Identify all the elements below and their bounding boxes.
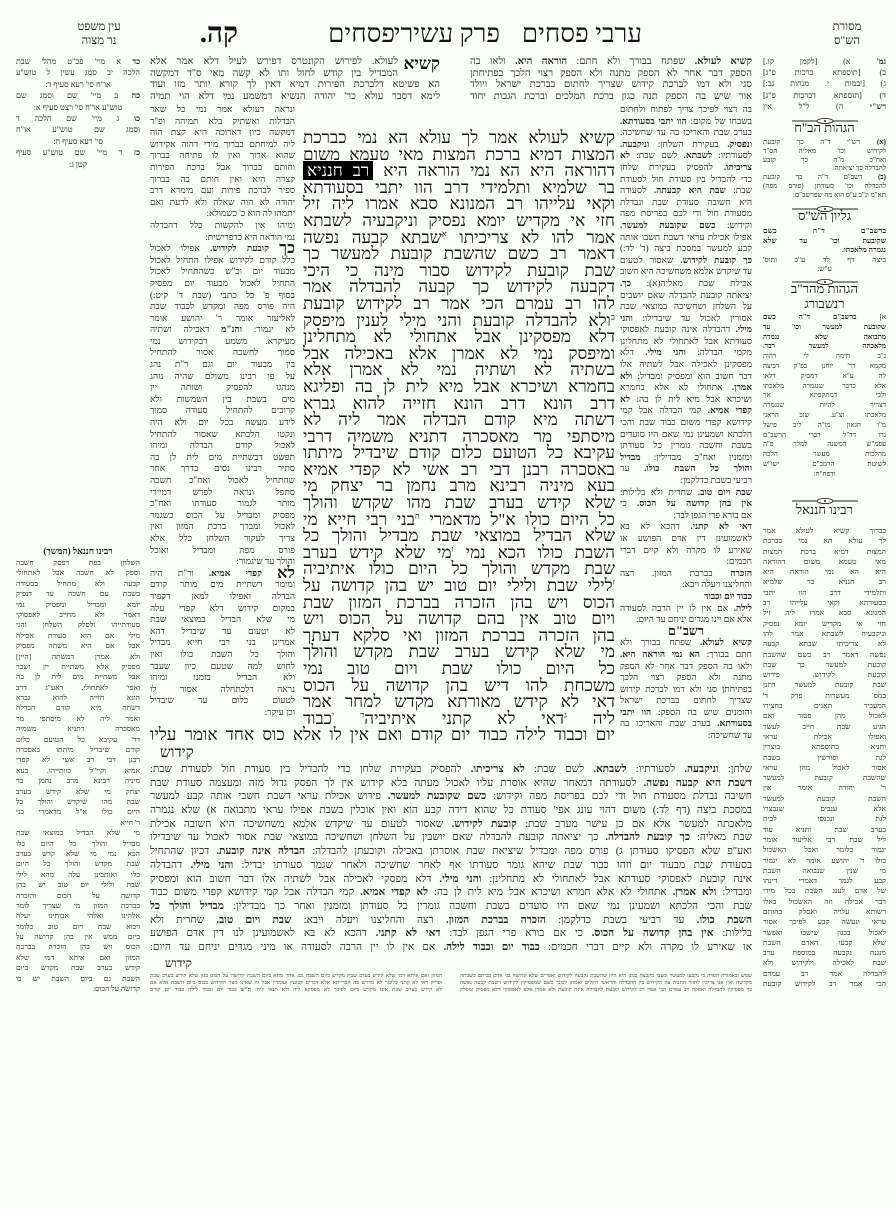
- text-span: קמי הבדלה אבל קמי: [620, 405, 708, 415]
- text-line: מפסיק ומבדיל על הכוס כשגמר: [150, 510, 295, 522]
- text-line: קשיא לעולא. שפתח בבורך ולא: [620, 637, 752, 649]
- text-line: המזון ואם איתא דמי שלא קידש בערב שבת מקד…: [150, 973, 442, 980]
- text-line: ומיהו אין להקשות כלל דהבדלה: [150, 220, 295, 232]
- text-line: שלחן: וניקבעה. לסעודתיו: לשבתא. לשם שבת:…: [150, 763, 752, 777]
- text-line: ולבי דמתקפתא אך: [763, 391, 886, 401]
- text-span: ומזמנין ואח"כ מבדילין:: [641, 452, 752, 462]
- text-line: נגמרה מלאכתו.: [763, 245, 886, 255]
- text-span: אתחולי לא אלא חמרא ושיכרא אבל מיא לית לן…: [428, 887, 673, 898]
- text-span: ומבדיל:: [716, 887, 752, 898]
- text-line: לידע מעשה בכל יום ולא היה: [150, 417, 295, 429]
- dibbur-hamatchil: מילי.: [735, 324, 752, 334]
- text-line: רביעי בשבת כדלקמן:: [620, 475, 752, 487]
- text-line: דבר אכילה וזה האשכול באלו: [763, 897, 886, 907]
- text-line: מקמי הבדלה: והני מילי. דלא: [620, 347, 752, 359]
- text-line: קידושא קפדי משום כבוד שבת והכי: [620, 417, 752, 429]
- text-span: ב מיי' שם וסמג שם: [16, 91, 131, 100]
- hagahot-ranshburg-title-line-2: רנשבורג: [763, 296, 886, 311]
- dibbur-hamatchil: כד: [132, 57, 140, 66]
- text-span: שפתח בבורך ולא חתם:: [567, 56, 694, 67]
- text-line: השבת כולו. עד רביעי בשבת כדלקמן: הזכרה ב…: [150, 914, 752, 928]
- text-span: ור"ת היה: [150, 568, 209, 578]
- text-span: כי אם בורא פרי הגפן לבד:: [440, 928, 591, 939]
- rabbenu-chananel-continued-column: השלחן בפת דפסק חשבהוספק לא חשבה אבל לאתח…: [16, 558, 140, 994]
- text-line: והזמנים שיש בה הספק: הוו יתבי: [620, 707, 752, 719]
- text-line: השלחן בפת דפסק חשבה: [16, 558, 140, 568]
- text-line: שבת מהו שיקדש והולך כל: [16, 797, 140, 807]
- dibbur-hamatchil: לא: [620, 394, 630, 404]
- rashbam-catchword: קידוש: [165, 956, 192, 970]
- text-span: בסעודת שבת מבעוד יום וזהו כבוד שבת שיהא …: [233, 860, 752, 871]
- text-line: ר' חייא: [16, 818, 140, 828]
- masoret-label-line-1: מסורת: [819, 20, 875, 34]
- text-span: ה) ל"ל אין: [763, 102, 843, 111]
- text-line: שהוא ארוך ואין לו פתיחה בברוך: [150, 150, 295, 162]
- section-heading: רשב"ם: [620, 626, 752, 638]
- text-span: שאסור לטעום: [620, 255, 680, 265]
- text-line: יתמהו לה הוא כ' כשמולא:: [150, 208, 295, 220]
- text-span: להפסיק בעקירת שלחן: [620, 162, 724, 172]
- text-span: דאכילה ושתיה: [150, 324, 221, 334]
- dibbur-hamatchil: השבת כולו.: [697, 915, 752, 926]
- dibbur-hamatchil: מבדיל: [620, 452, 641, 462]
- dibbur-hamatchil: לא צריכיתו.: [471, 764, 525, 775]
- text-line: אבל אם היא משתה מפסיק: [16, 641, 140, 651]
- text-line: והחליצנו ויעלה ויבא:: [620, 579, 752, 591]
- text-line: או"ח סי' רעא סעיף ד:: [16, 79, 140, 90]
- text-line: מלאכתה למעשר אלא אם כן עישר מערב שבת: קו…: [150, 818, 752, 832]
- text-line: וספק לא חשבה אבל לאתחולי: [16, 568, 140, 578]
- text-line: שבת והכי הלכתא ושמעינן נמי שאם היו סועדי…: [150, 900, 752, 914]
- text-line: סמוך לחשכה אסור להתחיל: [150, 347, 295, 359]
- text-line: סעודתייהו ולסלק השלחן והני: [16, 620, 140, 630]
- text-line: נראה דלכתחלה אסור לו: [150, 684, 295, 696]
- dibbur-hamatchil: צריכיתו.: [724, 162, 752, 172]
- text-line: הגיע שבת חייב לעשר: [763, 722, 886, 732]
- text-line: צריכיתו. להפסיק בעקירת שלחן: [620, 162, 752, 174]
- text-line: שבת: שבת היא קבעתה. לסעודה: [620, 185, 752, 197]
- text-line: בשבת עם חשכה עד דנפיק: [16, 589, 140, 599]
- hagahot-bach-text: (א) רש"י ד"ה כך קובעתלקידוש וכו' מאליה ה…: [763, 138, 886, 200]
- text-span: בערב שבת והאריכו בה: [620, 718, 717, 728]
- ein-mishpat-label-line-2: נר מצוה: [63, 34, 135, 48]
- gemara-last-line: יום וכבוד לילה כבוד יום קודם ואם אין לו …: [150, 727, 615, 744]
- text-line: הספק דבר אחר לא הספק מתנה ולא הספק רצוי …: [470, 68, 752, 80]
- text-line: שבת מאליה: כך קובעת להבדלה. כך יציאתה קו…: [150, 831, 752, 845]
- ornament-divider-icon: [790, 492, 860, 500]
- text-line: אמרן. אתחולי לא אלא בחמרא: [620, 382, 752, 394]
- text-line: סגי ולא דמו לברכת קידוש שצריך לחתום בברכ…: [470, 79, 752, 91]
- text-line: היום כולו א"ל מדאמרי בני: [16, 807, 140, 817]
- text-line: יומא ומבדיל ומפסיק נמי: [16, 600, 140, 610]
- text-line: בפתיחתן סגי ולא דמו לברכת קידוש: [620, 684, 752, 696]
- ein-mishpat-label-line-1: עין משפט: [63, 20, 135, 34]
- text-line: לאליעזר אומר ר' יהושע אומר: [150, 313, 295, 325]
- dibbur-hamatchil: בסעודתא.: [717, 718, 752, 728]
- text-line: כולו ר' יהושע אומר לא יגמור: [763, 856, 886, 866]
- text-line: שהשבת קובעת למעשר: [763, 773, 886, 783]
- text-line: אפילו אכילת עראי דשבת חשבו אותה: [620, 232, 752, 244]
- text-span: חשיבה נבדלת מסעודת חול ודי לכם בפריסת מפ…: [486, 791, 752, 802]
- text-line: לימא דסבר עולא כר' יהודה הנשיא דמשמע נמי…: [150, 91, 440, 103]
- text-line: ר' יהודה אומר אין: [763, 783, 886, 793]
- text-line: צריך לעקור השלחן כלל אלא: [150, 533, 295, 545]
- text-line: חתם בבורך: הא נמי הוראה היא.: [620, 649, 752, 661]
- text-span: לא קידש בערב שבת אינו מקדש ביום לפיכך לא…: [251, 987, 442, 993]
- dibbur-hamatchil: אמרן.: [732, 382, 752, 392]
- text-line: הבדלות ואשתיק בלא תמיהה ופ"ד: [150, 116, 295, 128]
- text-line: וניקבעיה לשבתא אמר להו: [763, 629, 886, 639]
- text-line: הונא חזייה להוא גברא: [16, 693, 140, 703]
- ein-mishpat-label: עין משפט נר מצוה: [63, 20, 135, 48]
- text-line: דשתה מיא קודם הבדלה: [16, 703, 140, 713]
- hagahot-bach-title: הגהות הב"ח: [763, 120, 886, 135]
- rabbenu-chananel-continued-title: רבינו חננאל (המשך): [16, 544, 140, 559]
- text-line: נמי הוראה היא כדפרישית:: [150, 232, 295, 244]
- text-line: עד שחשיכה:: [620, 730, 752, 742]
- text-line: שבת קובעת למעשר דתנן: [763, 680, 886, 690]
- text-line: (א) רש"י ד"ה כך קובעת: [763, 138, 886, 147]
- text-line: ד) [תוספתא דברכות פ"ג]: [763, 90, 886, 101]
- text-span: כבוד יום וכבוד לילה כבוד יום קודם: [150, 987, 241, 993]
- text-line: ומזמנין ואח"כ מבדילין: מבדיל: [620, 452, 752, 464]
- text-line: בסוף פ' כל כתבי (שבת ד' קיט:): [150, 290, 295, 302]
- dibbur-hamatchil: הזכרה בברכת המזון.: [446, 915, 546, 926]
- text-span: ושיכרא אבל מיא לית לן בה:: [630, 394, 752, 404]
- text-line: קובעת למעשר כך שבת: [763, 660, 886, 670]
- text-line: אסור לאכול מהן עראי: [763, 763, 886, 773]
- text-line: ליה למיחתם בברוך מידי דהוה אקידוש: [150, 139, 295, 151]
- text-line: אמרינן בני רבי חייא מבדיל: [150, 637, 295, 649]
- text-line: אלא ענבים שנבצרו: [763, 804, 886, 814]
- text-line: פורס מפה ומבדיל ואוכל: [150, 545, 295, 557]
- text-line: להבדלה וכו' סעודתן (פורס מפה): [763, 182, 886, 191]
- text-line: קצרה היא ואין חותם בה בברוך: [150, 174, 295, 186]
- text-line: גמ' א) [לקמן קו.]: [763, 56, 886, 67]
- text-span: או שאירע לו מקרה ולא קיים דברי חכמים:: [540, 942, 752, 953]
- gilyon-hashas-text: ברשב"ם ד"ה כשםשקובעת וכו' עד שלאנגמרה מל…: [763, 226, 886, 274]
- text-line: המבדיל בין קודש לחול ותו לא קשה מאי ס"ד …: [150, 68, 440, 80]
- text-span: שפתח בבורך ולא: [620, 637, 700, 647]
- text-span: דבר חשוב הוא ומפסיק ומבדיל:: [632, 371, 752, 381]
- hagahot-ranshburg-title-line-1: הגהות מהר"ב: [763, 281, 886, 296]
- text-line: ולא הבדיל בזמנו ומיהו: [150, 672, 295, 684]
- text-line: המזון ואם איתא דמי שלא: [16, 953, 140, 963]
- dibbur-hamatchil: כך קובעת להבדלה.: [605, 832, 690, 843]
- text-line: במקום קידוש דלא קפדי עלה: [150, 603, 295, 615]
- tractate-title: פסחים: [328, 18, 395, 50]
- text-line: שהתחיל לאכול ואח"כ חשכה: [150, 475, 295, 487]
- text-span: שחרית ולא בלילות:: [620, 487, 698, 497]
- text-line: עראי ונעשה קבע לפיכך אסור: [763, 917, 886, 927]
- text-line: ותלמידי דרב הוו יתבי: [763, 588, 886, 598]
- text-line: מקמא דר' יוחנן בפ"ק דביצה: [763, 362, 886, 372]
- text-span: מקמי הבדלה:: [686, 347, 752, 357]
- text-line: (ב) רשב"ם ד"ה כך קובעת: [763, 173, 886, 182]
- text-line: השבת קובעת למעשר: [763, 794, 886, 804]
- text-line: לה ע"א דמסיק דלאו: [763, 372, 886, 382]
- text-line: מי שלא הבדיל במוצאי שבת: [16, 828, 140, 838]
- text-line: ולאו בה הספק דבר אחר לא הספק: [620, 661, 752, 673]
- text-line: בערב שבת והאריכו בה עד שחשיכה:: [620, 127, 752, 139]
- text-line: התחיל לאכול מבעוד יום מפסיק: [150, 278, 295, 290]
- text-span: שבת והכי הלכתא ושמעינן נמי שאם היו סועדי…: [224, 901, 752, 912]
- text-line: הכי אמר רב לקידוש קובעת: [763, 979, 886, 989]
- text-span: בשבחו של מקום:: [687, 116, 752, 126]
- text-line: המנונא סבא אמרו ליה זיל: [763, 608, 886, 618]
- dibbur-hamatchil: קפדי אמיא.: [209, 568, 277, 578]
- text-line: שקובעת למעשר וכו' עד: [763, 323, 886, 333]
- text-span: להפסיק בעקירת שלחן כדי להבדיל בין סעודת …: [150, 764, 471, 775]
- text-line: בה רצוי לפיכך צריך לפתוח ולחתום: [620, 104, 752, 116]
- gemara-line: בחמרא ושיכרא אבל מיא לית לן בה ופליגא: [303, 379, 615, 396]
- text-line: קבעה ולא מתחיל בסעודה: [16, 579, 140, 589]
- text-line: של אדם לענג השבת בכל מידי: [763, 886, 886, 896]
- dibbur-hamatchil: לשבתא.: [593, 764, 626, 775]
- text-line: אין בהן קדושה על הכוס. כי: [620, 498, 752, 510]
- dibbur-hamatchil: כך.: [620, 278, 631, 288]
- text-line: ליל שבת רבי אליעזר אומר: [763, 835, 886, 845]
- text-line: ומבדיל: ולא אמרן. אתחולי לא אלא חמרא ושי…: [150, 886, 752, 900]
- text-span: לשם שבת:: [525, 764, 594, 775]
- dibbur-hamatchil: מבדיל והולך כל: [150, 901, 224, 912]
- text-line: ומימר דשתיית מים מותר קודם: [150, 579, 295, 591]
- text-span: אכילת שבת מאליה(א):: [631, 278, 752, 288]
- rabbenu-chananel-title: רבינו חננאל: [763, 502, 886, 517]
- dibbur-hamatchil: שבת ויום טוב.: [217, 915, 292, 926]
- text-line: והולך כל השבת כולו ואין: [150, 649, 295, 661]
- text-span: כי: [620, 498, 637, 508]
- text-line: דאמר ולא מחייב לאפסוקי: [16, 610, 140, 620]
- text-span: רצה והחליצנו ויעלה ויבא:: [291, 915, 446, 926]
- text-line: סתיר רבינו נסים בדרך אחר: [150, 463, 295, 475]
- text-span: ואע"פ שלא הפסיקו סעודתן ג) פורס מפה ומבד…: [305, 846, 752, 857]
- text-line: שבת ולילי יום טוב יש בהן: [16, 880, 140, 890]
- text-line: לגת ונכנסו לבית: [763, 814, 886, 824]
- dibbur-hamatchil: רש"י: [843, 102, 886, 111]
- text-line: לעולא. לפירוש הקונטרס דפירש לעיל דלא אמר…: [150, 56, 440, 68]
- text-line: בסעודתא. בערב שבת והאריכו בה: [620, 718, 752, 730]
- gemara-text: קשיא לעולא אמר לך עולא הא נמי כברכתהמצות…: [303, 130, 615, 727]
- text-line: לך עולא הא נמי כברכת: [763, 536, 886, 546]
- text-line: לשיטת הרמב"ם ישו"ש: [763, 460, 886, 470]
- text-line: מאסכרה דתניא משמיה: [16, 724, 140, 734]
- text-line: כלו ואותבינן עלה מהא לילי: [16, 870, 140, 880]
- rashbam-bottom-block: שלחן: וניקבעה. לסעודתיו: לשבתא. לשם שבת:…: [150, 763, 752, 955]
- text-line: ביום ממש אין בהן קדושה על: [16, 932, 140, 942]
- text-line: אלהינו ואלהי אבותינו יעלה: [16, 911, 140, 921]
- text-line: דאי לא קתני. דהכא לא בא: [620, 521, 752, 533]
- text-line: על פי רבינו משולם שהיה נוהג: [150, 371, 295, 383]
- rashbam-top-block: קשיא לעולא. שפתח בבורך ולא חתם: הוראה הי…: [470, 56, 752, 103]
- text-line: בשבחו של מקום: הוו יתבי בסעודתא.: [620, 116, 752, 128]
- text-line: ואפילו אכילת עראי: [763, 732, 886, 742]
- dibbur-hamatchil: לא קפדי אמיא.: [360, 887, 428, 898]
- text-line: מפסקינן לאכילה אבל לשתיה אלו: [620, 359, 752, 371]
- text-span: פירוש אכילת עראי דשבת חשבי אותה קבע למעש…: [150, 791, 388, 802]
- text-line: מנהגו להפסיק ושותה יין: [150, 382, 295, 394]
- dibbur-hamatchil: הוו יתבי: [620, 707, 651, 717]
- text-line: וסמג שם טוש"ע או"ח: [16, 124, 140, 135]
- text-line: שלא קבעו האדם השבת: [763, 938, 886, 948]
- text-span: עד: [620, 463, 644, 473]
- text-line: ונפסיק. בעקירת השלחן: וניקבעה.: [620, 139, 752, 151]
- gemara-last-line-block: יום וכבוד לילה כבוד יום קודם ואם אין לו …: [150, 727, 615, 744]
- hagahot-ranshburg-title: הגהות מהר"ב רנשבורג: [763, 281, 886, 311]
- text-line: נפשה דאמר רב כשם שהשבת: [763, 650, 886, 660]
- text-line: בלילות: אין בהן קדושה על הכוס. כי אם בור…: [150, 927, 752, 941]
- dibbur-hamatchil: והני מילי.: [439, 874, 481, 885]
- footnotes-left: המזון ואם איתא דמי שלא קידש בערב שבת מקד…: [150, 973, 442, 994]
- dibbur-hamatchil: והולך כל השבת כולו.: [644, 463, 752, 473]
- text-line: קבע למעשר במסכת ביצה (ד' לד:): [620, 243, 752, 255]
- text-line: ברשב"ם ד"ה כשם: [763, 226, 886, 236]
- text-line: דמקשה כיון דארוכה היא קצת הוה: [150, 127, 295, 139]
- dibbur-hamatchil: קובעת לקידוש.: [210, 243, 279, 253]
- text-span: והזמנים שיש בה הספק:: [651, 707, 752, 717]
- text-line: כלל קודם לקידוש אפילו התחיל לאכול: [150, 255, 295, 267]
- text-line: אסורין לאכול עד שיבדילו: והני: [620, 313, 752, 325]
- text-line: במס' מעשרות פרק ד': [763, 691, 886, 701]
- footnote-marker: ב: [611, 311, 615, 321]
- text-line: היא הא נמי הוראה היא: [763, 567, 886, 577]
- text-line: הזכרה בברכת המזון. רצה: [620, 568, 752, 580]
- text-line: ופריק דאי לא קתני כלומר לא מדרש בה הבריי…: [150, 980, 442, 987]
- text-line: טוש"ע או"ח סי' רצט סעיף א:: [16, 102, 140, 113]
- rashbam-column: בה רצוי לפיכך צריך לפתוח ולחתוםבשבחו של …: [620, 104, 752, 742]
- text-line: מ"ו הגאון מו"ה ליב פישל: [763, 421, 886, 431]
- text-span: דלא מפסקי לאכילה אבל לשתיה אלו דבר חשוב …: [150, 874, 439, 885]
- text-line: קבע לגמר דאמרי דינהו: [763, 876, 886, 886]
- text-line: מילי. דהבדלה אינה קובעת לאפסוקי: [620, 324, 752, 336]
- dibbur-hamatchil: הזכרה: [730, 568, 752, 578]
- masoret-label-line-2: הש"ס: [819, 34, 875, 48]
- dibbur-hamatchil: והני מילי.: [191, 860, 234, 871]
- text-line: לא קפדי אמיא. ור"ת היה: [150, 568, 295, 580]
- text-line: קודם שיבדיל מיתתו באסכרה: [16, 745, 140, 755]
- dibbur-hamatchil: הבדלה אינה קובעת.: [216, 846, 305, 857]
- text-line: נ"ב תימה לי דהוה: [763, 352, 886, 362]
- dibbur-hamatchil: והני מילי.: [645, 347, 686, 357]
- text-line: ב) [תוספתא ברכות פ"ג]: [763, 67, 886, 78]
- text-line: שאירע לו מקרה ולא קיים דברי: [620, 545, 752, 557]
- text-line: עפמ"ש המשנה למלך פ"ה: [763, 440, 886, 450]
- text-line: קידש בערב שבת מקדש ביום: [16, 963, 140, 973]
- text-line: ואח"כ מ"ה כך קובע: [763, 156, 886, 165]
- ornament-divider-icon: [790, 200, 860, 208]
- dibbur-hamatchil: דאי לא קתני.: [376, 928, 441, 939]
- dibbur-hamatchil: כשם שקובעת למעשר.: [388, 791, 486, 802]
- text-line: יהודה לא הוה שאלה ולא לדעת ואם: [150, 197, 295, 209]
- text-line: יגמור כלומר ואכל האשכול: [763, 845, 886, 855]
- ornament-divider-icon: [790, 273, 860, 281]
- text-span: אתחולי לא אלא בחמרא: [620, 382, 732, 392]
- text-line: ספיר לברכת פירות ועם מימרא דרב: [150, 185, 295, 197]
- rabbenu-chananel-column: בברוך קשיא לעולא אמרלך עולא הא נמי כברכת…: [763, 526, 886, 989]
- dibbur-hamatchil: הוו יתבי בסעודתא.: [620, 116, 687, 126]
- text-line: בסעודתא וקאי עלייהו רב: [763, 598, 886, 608]
- text-line: מבדיל והולך כל היום כלו: [16, 839, 140, 849]
- dibbur-hamatchil: אין בהן קדושה על הכוס.: [637, 498, 752, 508]
- dibbur-hamatchil: שבת היא קבעתה.: [654, 185, 726, 195]
- text-span: לשם שבת:: [630, 150, 684, 160]
- text-span: ולאו בה: [470, 56, 515, 67]
- dibbur-hamatchil: נגמרה מלאכתו.: [842, 245, 886, 254]
- text-line: לאכול בכגון שישבו ואפשר: [763, 928, 886, 938]
- dibbur-hamatchil: כבוד יום וכבוד: [704, 591, 752, 601]
- text-line: קדושה על הכוס:: [16, 984, 140, 994]
- dibbur-hamatchil: (ב): [863, 173, 886, 181]
- text-line: לא יטעום עד שיבדיל דהא: [150, 626, 295, 638]
- text-line: רש"י ה) ל"ל אין: [763, 101, 886, 112]
- text-span: דהבדלה: [150, 860, 191, 871]
- text-line: ונקטו הלכתא שאסור להתחיל: [150, 429, 295, 441]
- text-span: לסעודתיו:: [627, 764, 685, 775]
- text-line: אור שיש בה הספק תנה כגון ברכת המלכים ובר…: [470, 91, 752, 103]
- text-line: אמיא וקיי"ל כוותייהו. בעא: [16, 766, 140, 776]
- text-span: חתם בבורך:: [700, 649, 752, 659]
- text-line: תפשט דבשתיית מים לית לן בה: [150, 452, 295, 464]
- text-line: הלכה יב סמג עשין ל טוש"ע: [16, 67, 140, 78]
- text-line: כך מפסיקין להבדלה ואסקה רב עמרם הכי אמר …: [460, 987, 752, 994]
- text-line: תא"מ ונ"ב ע"ס הוא מה שפרשב"ם:: [763, 191, 886, 200]
- text-line: וקידוש: כשם שקובעת למעשר.: [620, 220, 752, 232]
- text-line: דשבת היא קבעה נפשה. לסעודתה דמאחר שהיא א…: [150, 777, 752, 791]
- text-span: עד רביעי בשבת כדלקמן:: [546, 915, 697, 926]
- text-span: לסעודה: [620, 185, 654, 195]
- text-line: כו ג מיי' שם הלכה ד: [16, 113, 140, 124]
- dibbur-hamatchil: והנ"מ: [221, 324, 242, 334]
- text-line: להבדלה כך יציאתה:: [763, 164, 886, 173]
- dibbur-hamatchil: קשיא לעולא.: [700, 637, 752, 647]
- text-span: א מיי' פכ"ט מהל' שבת: [16, 57, 132, 66]
- text-line: לטעום כלום עד שיבדיל: [150, 695, 295, 707]
- hagahot-ranshburg-text: א] ברשב"ם ד"ה כשםשקובעת למעשר וכו' עדמתב…: [763, 313, 886, 480]
- text-line: קובעת לקידוש. פירוש: [763, 670, 886, 680]
- text-line: ודפח"ח:: [763, 470, 886, 480]
- text-span: וקידוש:: [716, 220, 753, 230]
- text-line: בין מבעוד יום וגם ר"ת נהג: [150, 359, 295, 371]
- dibbur-hamatchil: ברשב"ם ד"ה כשם: [763, 313, 856, 321]
- text-line: מעיקרא. משמע דבקידוש נמי: [150, 336, 295, 348]
- masoret-hashas-refs: גמ' א) [לקמן קו.]ב) [תוספתא ברכות פ"ג]ג)…: [763, 56, 886, 112]
- dibbur-hamatchil: מתבואה שלא נגמרה: [763, 333, 886, 341]
- text-span: קמי הבדלה אבל קמי קידושא קפדי משום כבוד: [150, 887, 360, 898]
- text-line: קפדי אמיא. קמי הבדלה אבל קמי: [620, 405, 752, 417]
- text-span: שאסור לטעום עד שיקדש אלמא משחשיכה היא חש…: [150, 819, 452, 830]
- dibbur-hamatchil: לילה.: [734, 603, 752, 613]
- dibbur-hamatchil: (א): [860, 138, 886, 146]
- text-line: מלאכתה למעשר רבר.: [763, 342, 886, 352]
- text-line: וכן עיקר:: [150, 707, 295, 719]
- text-line: מתבואה שלא נגמרה: [763, 333, 886, 343]
- text-line: ולא אמרן דמשתה [היין]: [16, 652, 140, 662]
- masoret-hashas-label: מסורת הש"ס: [819, 20, 875, 48]
- text-line: אינה קובעת לאפסוקי סעודתא אבל לאתחולי לא…: [150, 873, 752, 887]
- text-line: או שאירע לו מקרה ולא קיים דברי חכמים: כב…: [150, 941, 752, 955]
- text-line: וחותם בברוך אבל ברכת הפירות: [150, 162, 295, 174]
- dibbur-hamatchil: ת"ש: [241, 987, 251, 993]
- text-line: מלאכתו וצ"ע. שוב הראני: [763, 411, 886, 421]
- dibbur-hamatchil: מלאכתה למעשר רבר.: [763, 342, 886, 350]
- dibbur-hamatchil: כה: [131, 91, 140, 100]
- text-line: עד שיקדש אלמא משחשיכה היא חשובה: [620, 266, 752, 278]
- dibbur-hamatchil: ברשב"ם ד"ה כשם: [763, 226, 886, 235]
- section-title: ערבי פסחים: [522, 18, 642, 50]
- dibbur-hamatchil: קשיא לעולא.: [695, 56, 752, 67]
- tosafot-column: ונראה דעולא אמר נמי כל שארהבדלות ואשתיק …: [150, 104, 295, 718]
- dibbur-hamatchil: גמ': [851, 57, 886, 66]
